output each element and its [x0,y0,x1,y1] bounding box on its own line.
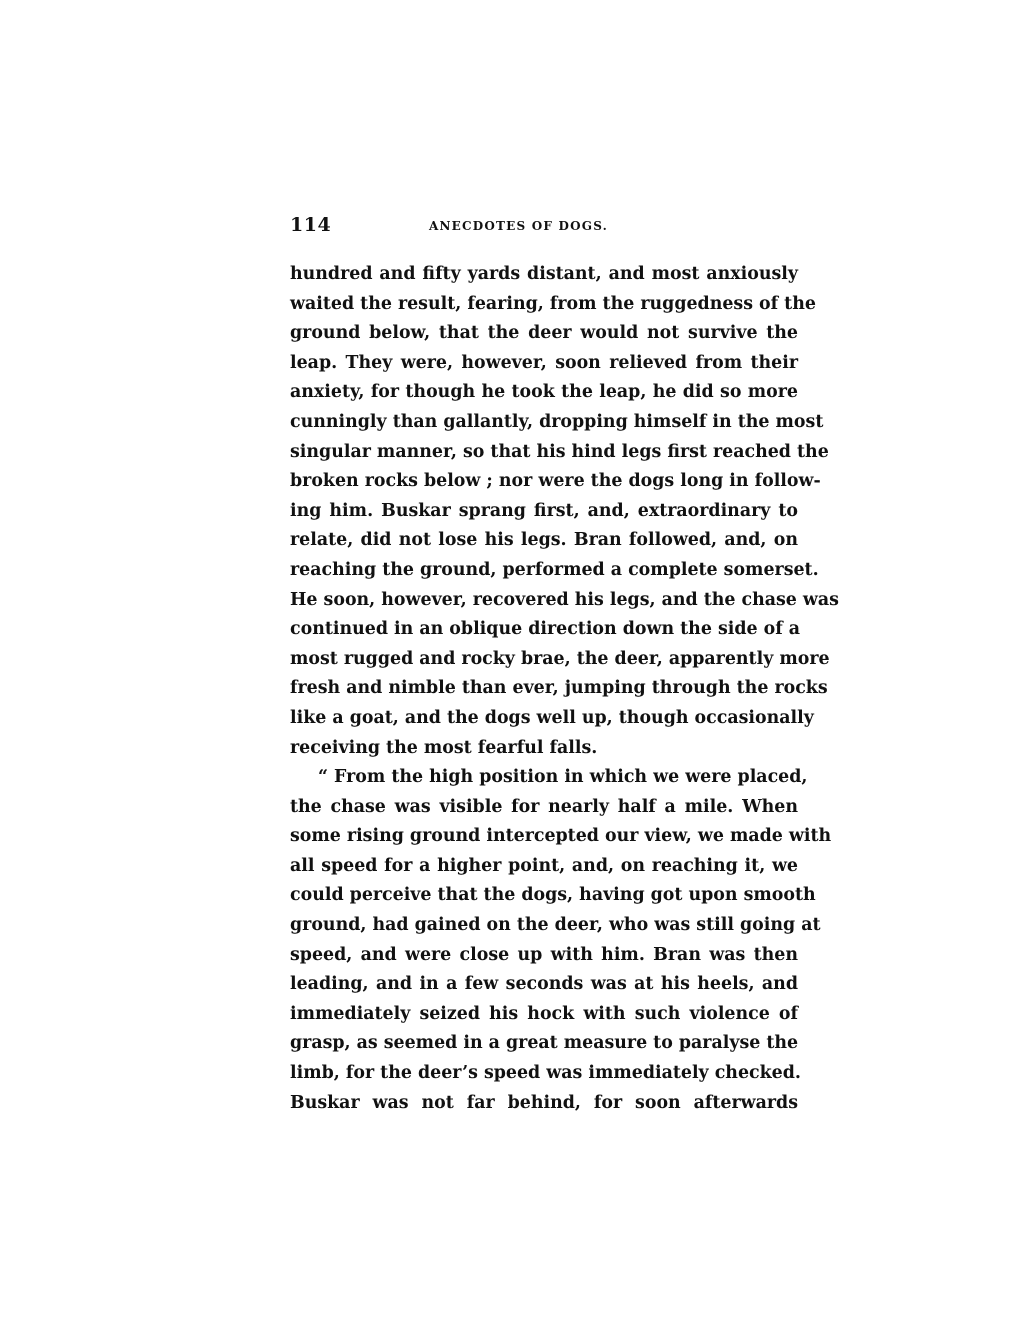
text-line: hundred and fifty yards distant, and mos… [290,260,798,290]
text-line: ground, had gained on the deer, who was … [290,911,798,941]
text-line: reaching the ground, performed a complet… [290,556,798,586]
paragraph-1: hundred and fifty yards distant, and mos… [290,260,798,763]
text-line: grasp, as seemed in a great measure to p… [290,1029,798,1059]
text-line: waited the result, fearing, from the rug… [290,290,798,320]
text-line: Buskar was not far behind, for soon afte… [290,1089,798,1119]
text-line: most rugged and rocky brae, the deer, ap… [290,645,798,675]
text-line: could perceive that the dogs, having got… [290,881,798,911]
text-line: anxiety, for though he took the leap, he… [290,378,798,408]
text-line: ing him. Buskar sprang first, and, extra… [290,497,798,527]
running-head: 114 ANECDOTES OF DOGS. [290,214,798,242]
text-line: continued in an oblique direction down t… [290,615,798,645]
page-number: 114 [290,214,331,236]
text-line: ground below, that the deer would not su… [290,319,798,349]
running-title: ANECDOTES OF DOGS. [429,219,608,233]
text-line: all speed for a higher point, and, on re… [290,852,798,882]
text-line: relate, did not lose his legs. Bran foll… [290,526,798,556]
text-line: leading, and in a few seconds was at his… [290,970,798,1000]
text-line: singular manner, so that his hind legs f… [290,438,798,468]
text-line: speed, and were close up with him. Bran … [290,941,798,971]
body-text: hundred and fifty yards distant, and mos… [290,260,798,1118]
text-line: receiving the most fearful falls. [290,734,798,764]
text-line: broken rocks below ; nor were the dogs l… [290,467,798,497]
text-line: the chase was visible for nearly half a … [290,793,798,823]
text-line: leap. They were, however, soon relieved … [290,349,798,379]
text-line: fresh and nimble than ever, jumping thro… [290,674,798,704]
book-page: 114 ANECDOTES OF DOGS. hundred and fifty… [290,214,798,1118]
text-line: like a goat, and the dogs well up, thoug… [290,704,798,734]
text-line: He soon, however, recovered his legs, an… [290,586,798,616]
text-line: some rising ground intercepted our view,… [290,822,798,852]
text-line: immediately seized his hock with such vi… [290,1000,798,1030]
text-line: limb, for the deer’s speed was immediate… [290,1059,798,1089]
text-line: cunningly than gallantly, dropping himse… [290,408,798,438]
text-line: “ From the high position in which we wer… [290,763,798,793]
paragraph-2: “ From the high position in which we wer… [290,763,798,1118]
